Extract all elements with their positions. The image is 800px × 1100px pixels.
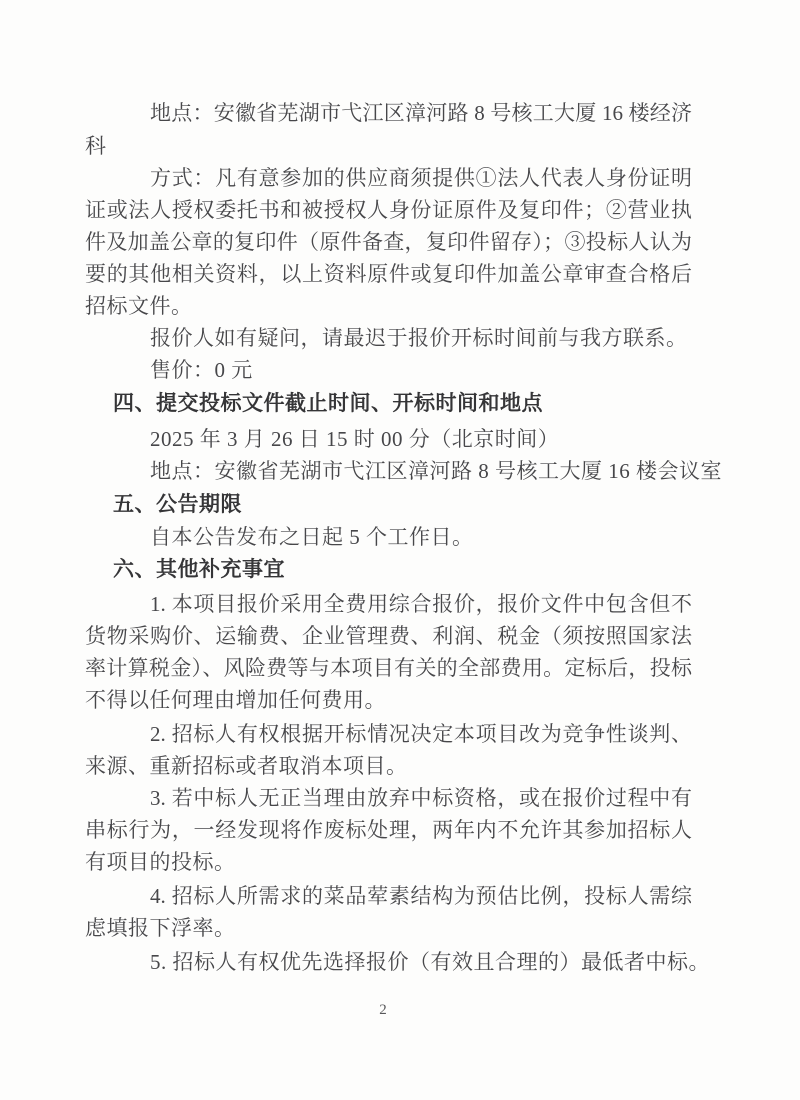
item4-line-1: 4. 招标人所需求的菜品荤素结构为预估比例，投标人需综合考 [150,881,692,911]
location-line-1: 地点：安徽省芜湖市弋江区漳河路 8 号核工大厦 16 楼经济发展 [150,98,692,128]
method-line-3: 件及加盖公章的复印件（原件备查，复印件留存）；③投标人认为需 [85,227,692,257]
item3-line-3: 有项目的投标。 [85,847,236,877]
method-line-4: 要的其他相关资料，以上资料原件或复印件加盖公章审查合格后领取 [85,259,692,289]
section4-time: 2025 年 3 月 26 日 15 时 00 分（北京时间） [150,424,559,454]
item2-line-1: 2. 招标人有权根据开标情况决定本项目改为竞争性谈判、单一 [150,719,692,749]
item1-line-2: 货物采购价、运输费、企业管理费、利润、税金（须按照国家法定税 [85,621,692,651]
item5-line-1: 5. 招标人有权优先选择报价（有效且合理的）最低者中标。 [150,947,710,977]
section5-body: 自本公告发布之日起 5 个工作日。 [150,522,474,552]
item3-line-1: 3. 若中标人无正当理由放弃中标资格，或在报价过程中有围标、 [150,783,692,813]
method-line-2: 证或法人授权委托书和被授权人身份证原件及复印件；②营业执照原 [85,195,692,225]
location-line-2: 科 [85,131,107,161]
section6-heading: 六、其他补充事宜 [113,555,285,585]
method-line-1: 方式：凡有意参加的供应商须提供①法人代表人身份证明和身份 [150,163,692,193]
section5-heading: 五、公告期限 [113,490,242,520]
page-number: 2 [0,1002,766,1019]
item1-line-1: 1. 本项目报价采用全费用综合报价，报价文件中包含但不限于 [150,589,692,619]
method-line-5: 招标文件。 [85,291,193,321]
item4-line-2: 虑填报下浮率。 [85,913,236,943]
item1-line-3: 率计算税金）、风险费等与本项目有关的全部费用。定标后，投标人 [85,653,692,683]
item1-line-4: 不得以任何理由增加任何费用。 [85,685,386,715]
contact-note: 报价人如有疑问，请最迟于报价开标时间前与我方联系。 [150,323,688,353]
item2-line-2: 来源、重新招标或者取消本项目。 [85,751,408,781]
price-line: 售价：0 元 [150,355,253,385]
item3-line-2: 串标行为，一经发现将作废标处理，两年内不允许其参加招标人的所 [85,815,692,845]
section4-location: 地点：安徽省芜湖市弋江区漳河路 8 号核工大厦 16 楼会议室 [150,456,722,486]
document-page: 地点：安徽省芜湖市弋江区漳河路 8 号核工大厦 16 楼经济发展 科 方式：凡有… [0,0,800,1100]
section4-heading: 四、提交投标文件截止时间、开标时间和地点 [113,389,543,419]
